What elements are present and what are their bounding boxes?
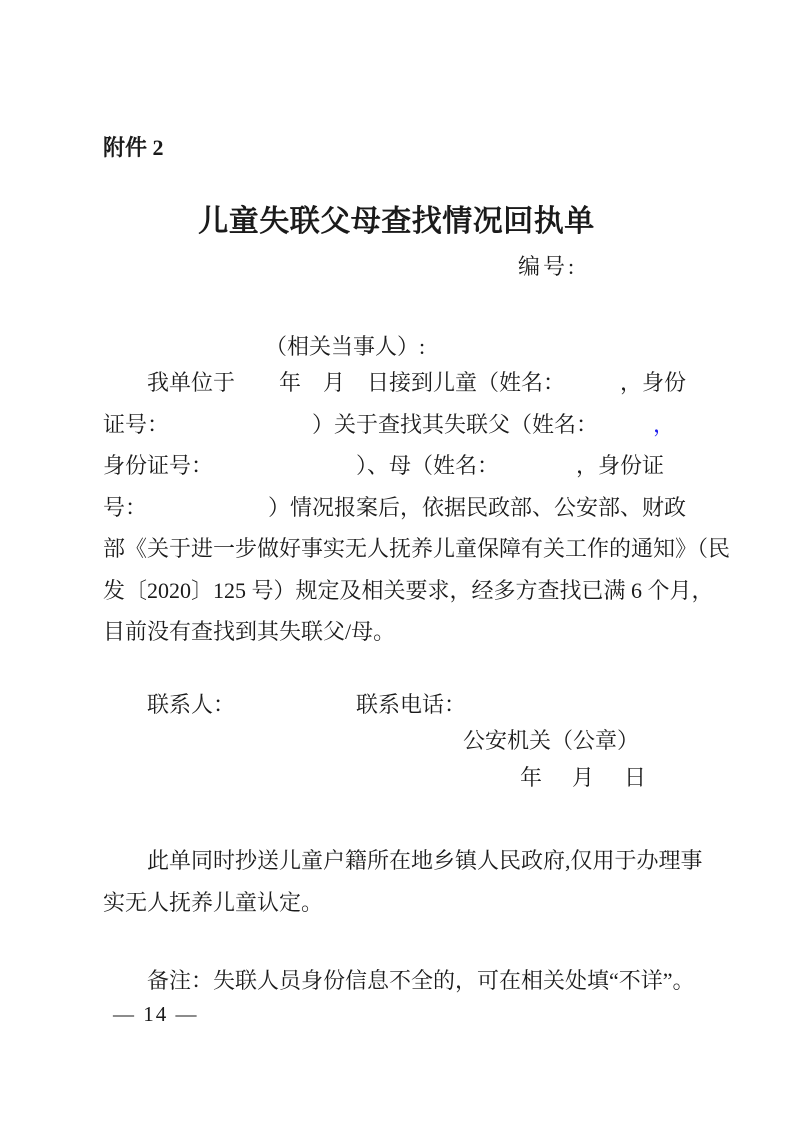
body-line-4: 号： ）情况报案后，依据民政部、公安部、财政 bbox=[103, 487, 723, 529]
body-line-2-text: 证号： ）关于查找其失联父（姓名： bbox=[103, 412, 653, 437]
copy-note-line-1: 此单同时抄送儿童户籍所在地乡镇人民政府,仅用于办理事 bbox=[103, 840, 723, 882]
body-line-7: 目前没有查找到其失联父/母。 bbox=[103, 611, 723, 653]
contact-line: 联系人： 联系电话： bbox=[103, 684, 466, 726]
document-page: 附件 2 儿童失联父母查找情况回执单 编号: （相关当事人）: 我单位于 年 月… bbox=[0, 0, 793, 1121]
page-number: — 14 — bbox=[113, 1000, 199, 1028]
body-line-3: 身份证号： ）、母（姓名： ，身份证 bbox=[103, 445, 723, 487]
blue-comma: ， bbox=[653, 412, 675, 437]
body-line-5: 部《关于进一步做好事实无人抚养儿童保障有关工作的通知》（民 bbox=[103, 528, 723, 570]
signature-org: 公安机关（公章） bbox=[463, 726, 639, 756]
body-line-6: 发〔2020〕125 号）规定及相关要求，经多方查找已满 6 个月， bbox=[103, 570, 723, 612]
copy-note-paragraph: 此单同时抄送儿童户籍所在地乡镇人民政府,仅用于办理事 实无人抚养儿童认定。 bbox=[103, 840, 723, 923]
body-paragraph: 我单位于 年 月 日接到儿童（姓名： ，身份 证号： ）关于查找其失联父（姓名：… bbox=[103, 362, 723, 653]
copy-note-line-2: 实无人抚养儿童认定。 bbox=[103, 882, 723, 924]
signature-date: 年 月 日 bbox=[520, 763, 650, 793]
serial-number-label: 编号: bbox=[518, 252, 577, 282]
body-line-2: 证号： ）关于查找其失联父（姓名： ， bbox=[103, 404, 723, 446]
salutation-line: （相关当事人）: bbox=[265, 332, 425, 362]
remark-line: 备注：失联人员身份信息不全的，可在相关处填“不详”。 bbox=[103, 960, 743, 1002]
page-title: 儿童失联父母查找情况回执单 bbox=[0, 200, 793, 244]
attachment-label: 附件 2 bbox=[103, 133, 164, 163]
body-line-1: 我单位于 年 月 日接到儿童（姓名： ，身份 bbox=[103, 362, 723, 404]
